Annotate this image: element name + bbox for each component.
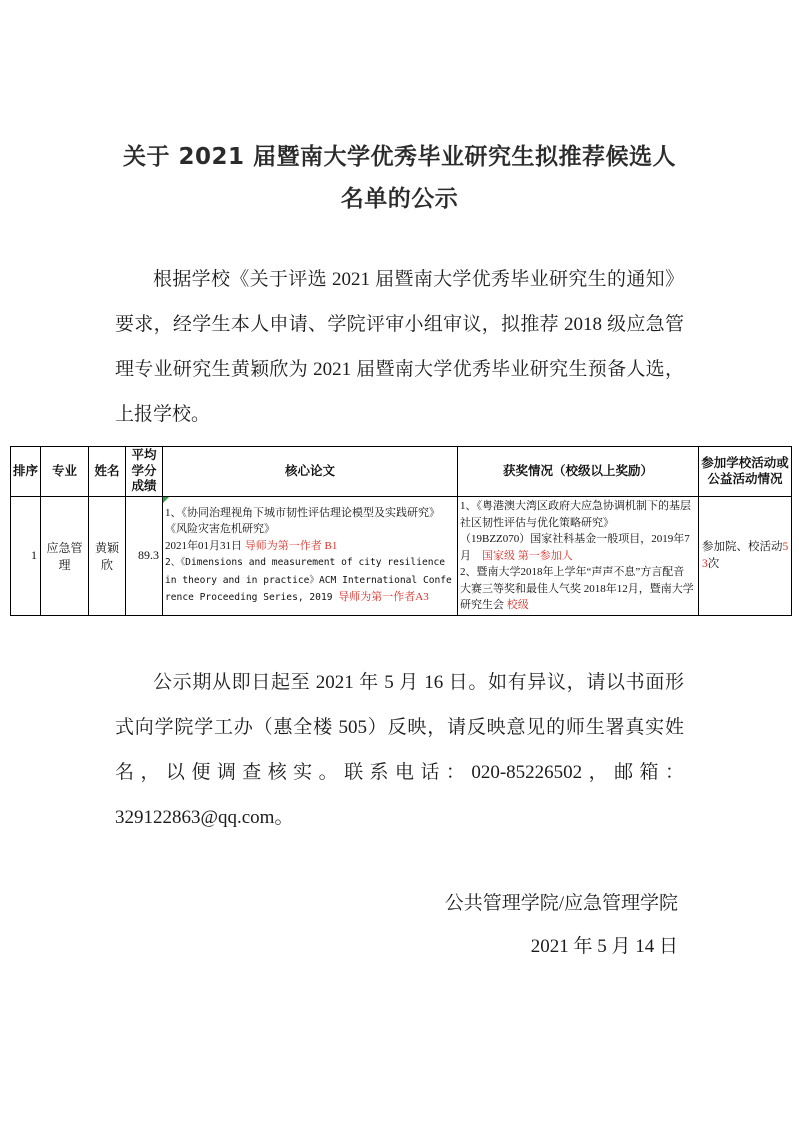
cell-gpa: 89.3 [126,497,163,616]
page-title-line2: 名单的公示 [0,178,799,220]
body-text: 根据学校《关于评选 2021 届暨南大学优秀毕业研究生的通知》要求，经学生本人申… [0,257,799,437]
header-rank: 排序 [11,447,41,497]
table-header-row: 排序 专业 姓名 平均学分成绩 核心论文 获奖情况（校级以上奖励） 参加学校活动… [11,447,792,497]
cell-awards: 1、《粤港澳大湾区政府大应急协调机制下的基层社区韧性评估与优化策略研究》 （19… [458,497,699,616]
cell-rank: 1 [11,497,41,616]
signature-date: 2021 年 5 月 14 日 [0,925,678,968]
page-title-line1: 关于 2021 届暨南大学优秀毕业研究生拟推荐候选人 [0,136,799,178]
activity-text: 参加院、校活动 [702,541,783,553]
cell-corner-marker [163,497,169,503]
intro-paragraph: 根据学校《关于评选 2021 届暨南大学优秀毕业研究生的通知》要求，经学生本人申… [115,257,684,437]
header-major: 专业 [41,447,89,497]
header-name: 姓名 [89,447,126,497]
signature-block: 公共管理学院/应急管理学院 2021 年 5 月 14 日 [0,882,799,968]
cell-name: 黄颖欣 [89,497,126,616]
cell-major: 应急管理 [41,497,89,616]
header-papers: 核心论文 [163,447,458,497]
body-text-2: 公示期从即日起至 2021 年 5 月 16 日。如有异议，请以书面形式向学院学… [0,660,799,840]
page-title: 关于 2021 届暨南大学优秀毕业研究生拟推荐候选人 名单的公示 [0,0,799,220]
candidate-table: 排序 专业 姓名 平均学分成绩 核心论文 获奖情况（校级以上奖励） 参加学校活动… [10,446,792,616]
header-gpa: 平均学分成绩 [126,447,163,497]
table-row: 1 应急管理 黄颖欣 89.3 1、《协同治理视角下城市韧性评估理论模型及实践研… [11,497,792,616]
activity-unit: 次 [708,558,720,570]
header-activities: 参加学校活动或公益活动情况 [699,447,792,497]
announcement-page: 关于 2021 届暨南大学优秀毕业研究生拟推荐候选人 名单的公示 根据学校《关于… [0,0,799,1131]
cell-papers: 1、《协同治理视角下城市韧性评估理论模型及实践研究》 《风险灾害危机研究》 20… [163,497,458,616]
signature-org: 公共管理学院/应急管理学院 [0,882,678,925]
header-awards: 获奖情况（校级以上奖励） [458,447,699,497]
notice-paragraph: 公示期从即日起至 2021 年 5 月 16 日。如有异议，请以书面形式向学院学… [115,660,684,840]
cell-activities: 参加院、校活动53次 [699,497,792,616]
